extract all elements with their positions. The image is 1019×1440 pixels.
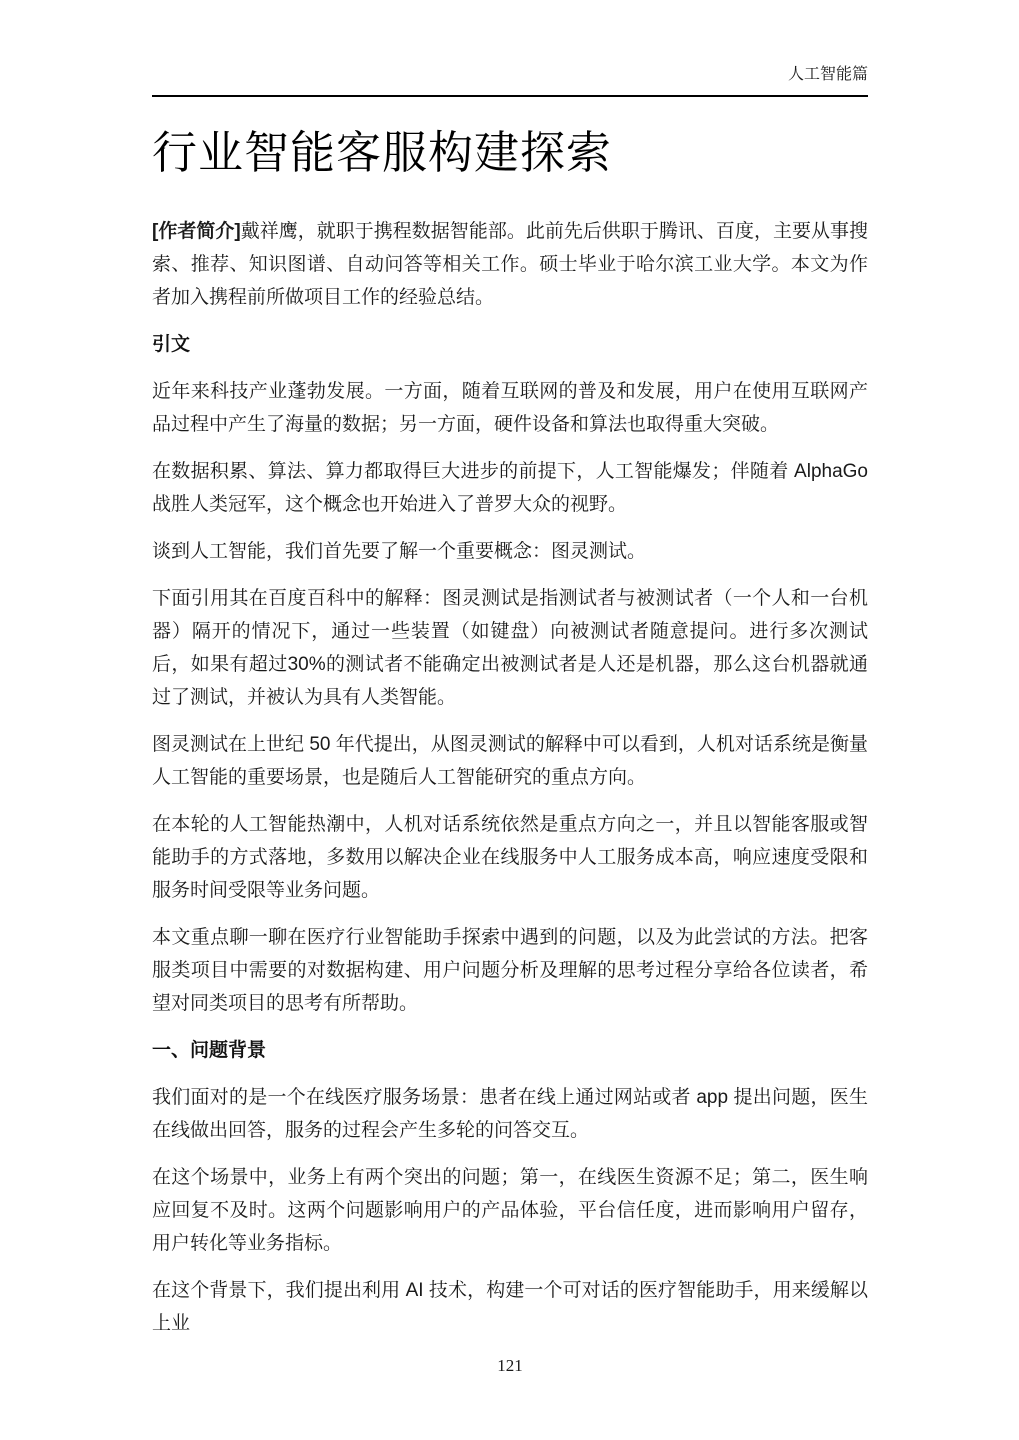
paragraph-turing-definition: 下面引用其在百度百科中的解释：图灵测试是指测试者与被测试者（一个人和一台机器）隔… [152,582,868,714]
section-heading-preface: 引文 [152,328,868,361]
paragraph-ai-explosion: 在数据积累、算法、算力都取得巨大进步的前提下，人工智能爆发；伴随着 AlphaG… [152,455,868,521]
paragraph-dialogue-systems: 在本轮的人工智能热潮中，人机对话系统依然是重点方向之一，并且以智能客服或智能助手… [152,808,868,907]
paragraph-ai-assistant-proposal: 在这个背景下，我们提出利用 AI 技术，构建一个可对话的医疗智能助手，用来缓解以… [152,1274,868,1340]
paragraph-turing-intro: 谈到人工智能，我们首先要了解一个重要概念：图灵测试。 [152,535,868,568]
section-heading-problem-background: 一、问题背景 [152,1034,868,1067]
paragraph-medical-scenario: 我们面对的是一个在线医疗服务场景：患者在线上通过网站或者 app 提出问题，医生… [152,1081,868,1147]
header-section-label: 人工智能篇 [788,66,868,83]
paragraph-article-focus: 本文重点聊一聊在医疗行业智能助手探索中遇到的问题，以及为此尝试的方法。把客服类项… [152,921,868,1020]
paragraph-turing-history: 图灵测试在上世纪 50 年代提出，从图灵测试的解释中可以看到，人机对话系统是衡量… [152,728,868,794]
document-page: 人工智能篇 行业智能客服构建探索 [作者简介]戴祥鹰，就职于携程数据智能部。此前… [0,0,1019,1440]
author-intro-paragraph: [作者简介]戴祥鹰，就职于携程数据智能部。此前先后供职于腾讯、百度，主要从事搜索… [152,215,868,314]
page-header: 人工智能篇 [152,64,868,97]
paragraph-two-problems: 在这个场景中，业务上有两个突出的问题；第一，在线医生资源不足；第二，医生响应回复… [152,1161,868,1260]
page-number: 121 [152,1356,868,1376]
paragraph-tech-boom: 近年来科技产业蓬勃发展。一方面，随着互联网的普及和发展，用户在使用互联网产品过程… [152,375,868,441]
author-intro-label: [作者简介] [152,221,241,242]
article-title: 行业智能客服构建探索 [152,124,868,182]
author-intro-text: 戴祥鹰，就职于携程数据智能部。此前先后供职于腾讯、百度，主要从事搜索、推荐、知识… [152,221,868,308]
